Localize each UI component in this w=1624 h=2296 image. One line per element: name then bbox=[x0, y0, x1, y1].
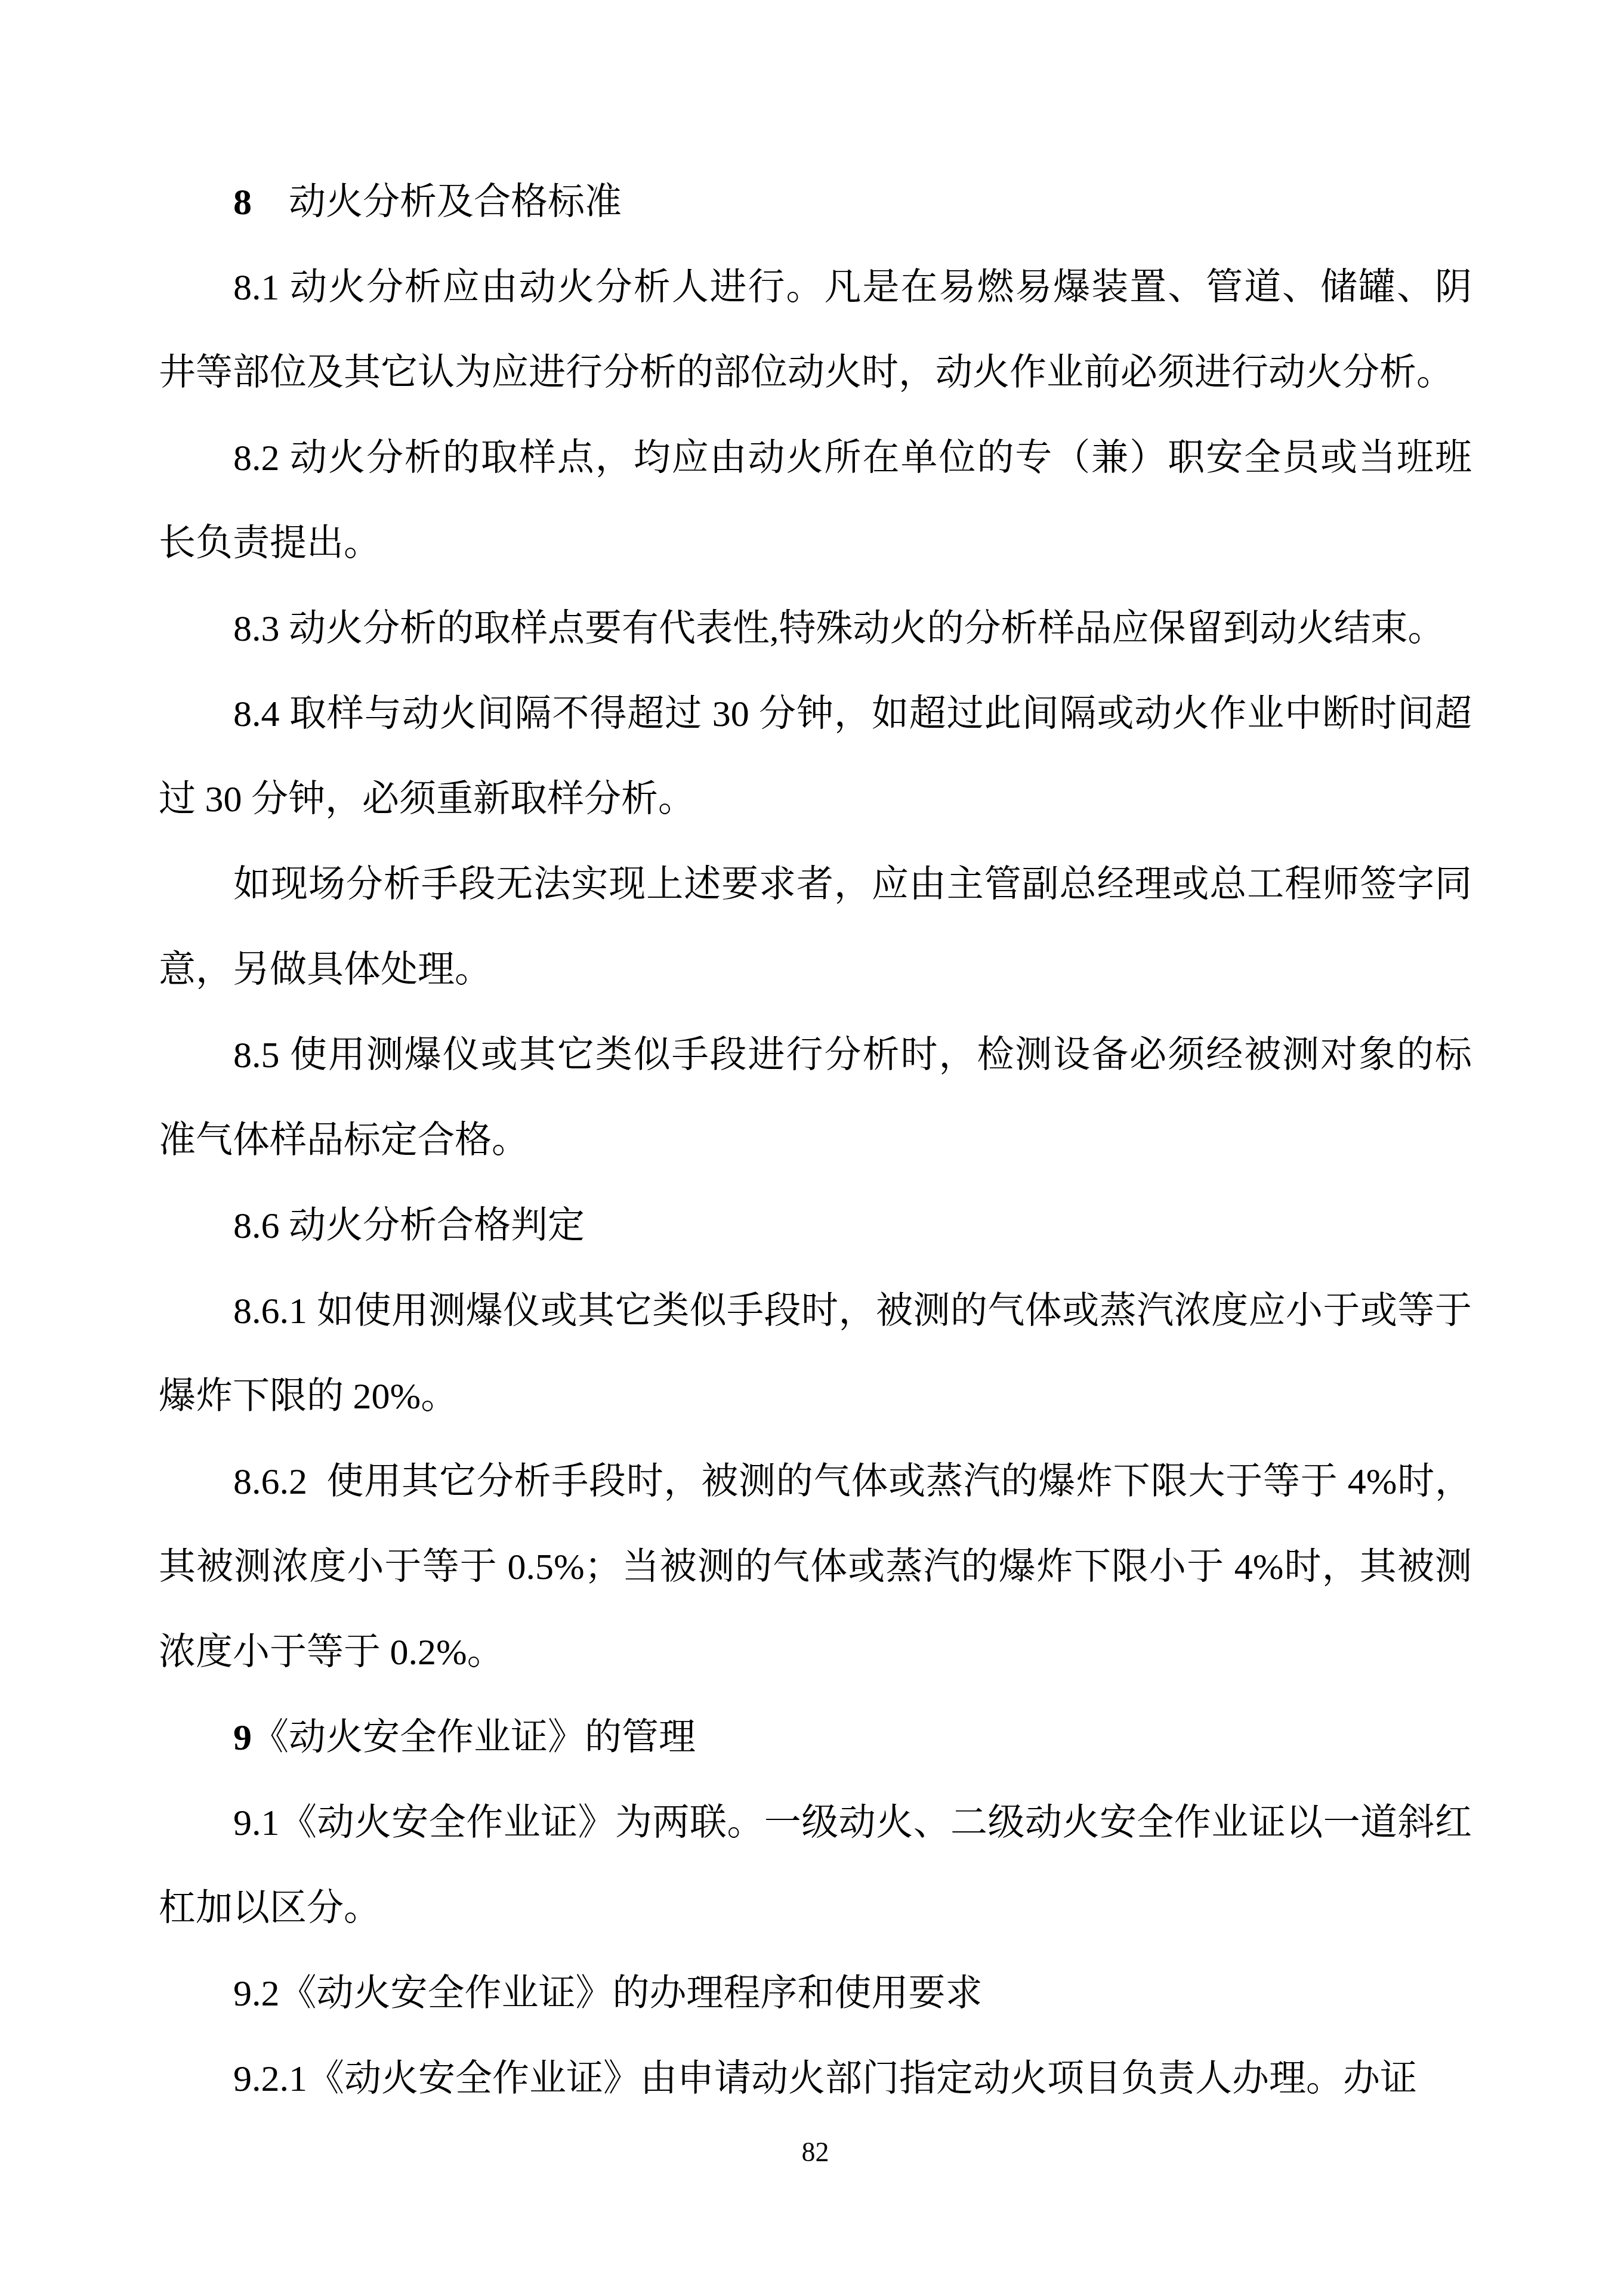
section-9-title: 《动火安全作业证》的管理 bbox=[252, 1717, 696, 1758]
paragraph-8-4: 8.4 取样与动火间隔不得超过 30 分钟，如超过此间隔或动火作业中断时间超过 … bbox=[159, 672, 1472, 842]
paragraph-8-1: 8.1 动火分析应由动火分析人进行。凡是在易燃易爆装置、管道、储罐、阴井等部位及… bbox=[159, 245, 1472, 416]
paragraph-9-2-1: 9.2.1《动火安全作业证》由申请动火部门指定动火项目负责人办理。办证 bbox=[159, 2037, 1472, 2122]
section-8-number: 8 bbox=[233, 182, 252, 223]
paragraph-8-6: 8.6 动火分析合格判定 bbox=[159, 1183, 1472, 1269]
section-8-title: 动火分析及合格标准 bbox=[289, 182, 622, 223]
section-9-heading: 9《动火安全作业证》的管理 bbox=[159, 1695, 1472, 1781]
document-body: 8动火分析及合格标准 8.1 动火分析应由动火分析人进行。凡是在易燃易爆装置、管… bbox=[159, 160, 1472, 2122]
page-number: 82 bbox=[802, 2137, 829, 2167]
paragraph-8-6-2: 8.6.2 使用其它分析手段时，被测的气体或蒸汽的爆炸下限大于等于 4%时，其被… bbox=[159, 1439, 1472, 1695]
paragraph-8-2: 8.2 动火分析的取样点，均应由动火所在单位的专（兼）职安全员或当班班长负责提出… bbox=[159, 416, 1472, 586]
page-footer: 82 bbox=[159, 2137, 1472, 2167]
paragraph-8-6-1: 8.6.1 如使用测爆仪或其它类似手段时，被测的气体或蒸汽浓度应小于或等于爆炸下… bbox=[159, 1269, 1472, 1439]
paragraph-8-5: 8.5 使用测爆仪或其它类似手段进行分析时，检测设备必须经被测对象的标准气体样品… bbox=[159, 1013, 1472, 1183]
document-page: 8动火分析及合格标准 8.1 动火分析应由动火分析人进行。凡是在易燃易爆装置、管… bbox=[0, 0, 1624, 2296]
paragraph-9-2: 9.2《动火安全作业证》的办理程序和使用要求 bbox=[159, 1951, 1472, 2037]
section-9-number: 9 bbox=[233, 1717, 252, 1758]
section-8-heading: 8动火分析及合格标准 bbox=[159, 160, 1472, 245]
paragraph-8-3: 8.3 动火分析的取样点要有代表性,特殊动火的分析样品应保留到动火结束。 bbox=[159, 586, 1472, 672]
paragraph-8-4-note: 如现场分析手段无法实现上述要求者，应由主管副总经理或总工程师签字同意，另做具体处… bbox=[159, 842, 1472, 1013]
paragraph-9-1: 9.1《动火安全作业证》为两联。一级动火、二级动火安全作业证以一道斜红杠加以区分… bbox=[159, 1781, 1472, 1951]
